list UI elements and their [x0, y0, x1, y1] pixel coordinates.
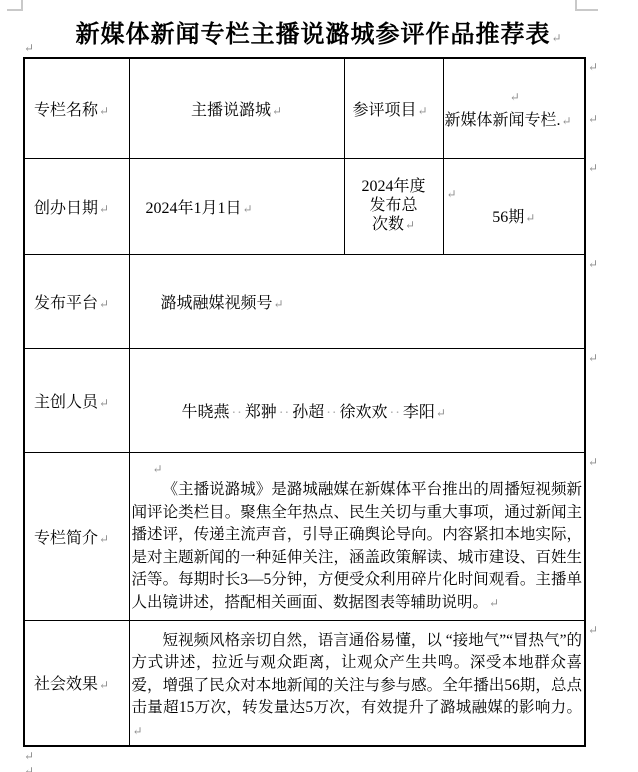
creators-value-cell: 牛晓燕··郑翀··孙超··徐欢欢··李阳↵: [129, 348, 585, 452]
intro-label-cell: 专栏简介↵: [24, 452, 129, 620]
paragraph-mark: ↵: [404, 218, 415, 232]
annual-total-label-cell: 2024年度 发布总 次数↵: [344, 158, 443, 254]
crop-mark-top-left-icon: [7, 0, 23, 11]
table-row: 创办日期↵ 2024年1月1日↵ 2024年度 发布总 次数↵ ↵ 56期↵: [24, 158, 585, 254]
table-row: 发布平台↵ 潞城融媒视频号↵: [24, 254, 585, 348]
effect-label: 社会效果: [34, 676, 98, 693]
intro-text-cell: ↵ 《主播说潞城》是潞城融媒在新媒体平台推出的周播短视频新闻评论类栏目。聚焦全年…: [129, 452, 585, 620]
platform-value-cell: 潞城融媒视频号↵: [129, 254, 585, 348]
platform-label: 发布平台: [34, 295, 98, 312]
paragraph-mark: ↵: [98, 396, 109, 410]
paragraph-mark: ↵: [524, 211, 535, 225]
paragraph-mark: ↵: [588, 455, 598, 470]
annual-total-value-cell: ↵ 56期↵: [443, 158, 585, 254]
annual-total-label-line1: 2024年度: [347, 177, 441, 196]
paragraph-mark: ↵: [417, 104, 428, 118]
creator-name: 牛晓燕: [182, 404, 230, 421]
column-name-value-cell: 主播说潞城↵: [129, 58, 344, 158]
platform-value: 潞城融媒视频号: [161, 295, 273, 312]
effect-label-cell: 社会效果↵: [24, 620, 129, 746]
entry-item-label-cell: 参评项目↵: [344, 58, 443, 158]
entry-item-value-cell: ↵ 新媒体新闻专栏.↵: [443, 58, 585, 158]
table-row: 专栏名称↵ 主播说潞城↵ 参评项目↵ ↵ 新媒体新闻专栏.↵: [24, 58, 585, 158]
intro-label: 专栏简介: [34, 530, 98, 547]
paragraph-mark: ↵: [271, 104, 282, 118]
recommendation-form-table: 专栏名称↵ 主播说潞城↵ 参评项目↵ ↵ 新媒体新闻专栏.↵ 创办日期↵ 202…: [23, 57, 586, 747]
table-row: 主创人员↵ 牛晓燕··郑翀··孙超··徐欢欢··李阳↵: [24, 348, 585, 452]
column-name-label-cell: 专栏名称↵: [24, 58, 129, 158]
column-name-value: 主播说潞城: [191, 102, 271, 119]
creator-name: 孙超: [292, 404, 324, 421]
paragraph-mark: ↵: [98, 532, 109, 546]
word-document-page: { "title": { "text": "新媒体新闻专栏主播说潞城参评作品推荐…: [0, 0, 638, 772]
paragraph-mark: ↵: [588, 161, 598, 176]
annual-total-label-line2: 发布总: [347, 196, 441, 215]
page-title-text: 新媒体新闻专栏主播说潞城参评作品推荐表: [75, 22, 550, 48]
column-name-label: 专栏名称: [34, 102, 98, 119]
creators-label-cell: 主创人员↵: [24, 348, 129, 452]
paragraph-mark: ↵: [132, 724, 143, 738]
paragraph-mark: ↵: [446, 187, 457, 201]
founding-date-label-cell: 创办日期↵: [24, 158, 129, 254]
paragraph-mark: ↵: [24, 749, 34, 764]
entry-item-label: 参评项目: [353, 102, 417, 119]
paragraph-mark: ↵: [588, 351, 598, 366]
paragraph-mark: ↵: [488, 596, 499, 610]
paragraph-mark: ↵: [152, 462, 163, 476]
platform-label-cell: 发布平台↵: [24, 254, 129, 348]
paragraph-mark: ↵: [561, 114, 572, 128]
paragraph-mark: ↵: [435, 406, 446, 420]
crop-mark-top-right-icon: [575, 0, 598, 11]
creator-name: 李阳: [403, 404, 435, 421]
paragraph-mark: ↵: [588, 623, 598, 638]
annual-total-label-line3: 次数: [372, 216, 404, 233]
paragraph-mark: ↵: [273, 297, 284, 311]
table-row: 专栏简介↵ ↵ 《主播说潞城》是潞城融媒在新媒体平台推出的周播短视频新闻评论类栏…: [24, 452, 585, 620]
entry-item-value: 新媒体新闻专栏.: [445, 112, 561, 129]
paragraph-mark: ↵: [550, 31, 562, 45]
paragraph-mark: ↵: [98, 297, 109, 311]
founding-date-value-cell: 2024年1月1日↵: [129, 158, 344, 254]
paragraph-mark: ↵: [98, 678, 109, 692]
creators-label: 主创人员: [34, 394, 98, 411]
intro-text: 《主播说潞城》是潞城融媒在新媒体平台推出的周播短视频新闻评论类栏目。聚焦全年热点…: [132, 481, 583, 611]
space-mark: ··: [230, 406, 245, 421]
effect-text: 短视频风格亲切自然，语言通俗易懂，以 “接地气”“冒热气”的方式讲述，拉近与观众…: [132, 632, 583, 717]
space-mark: ··: [388, 406, 403, 421]
effect-text-cell: 短视频风格亲切自然，语言通俗易懂，以 “接地气”“冒热气”的方式讲述，拉近与观众…: [129, 620, 585, 746]
paragraph-mark: ↵: [242, 202, 253, 216]
paragraph-mark: ↵: [509, 90, 520, 104]
paragraph-mark: ↵: [588, 112, 598, 127]
paragraph-mark: ↵: [24, 41, 34, 56]
paragraph-mark: ↵: [588, 257, 598, 272]
creator-name: 徐欢欢: [340, 404, 388, 421]
paragraph-mark: ↵: [98, 104, 109, 118]
founding-date-label: 创办日期: [34, 200, 98, 217]
table-row: 社会效果↵ 短视频风格亲切自然，语言通俗易懂，以 “接地气”“冒热气”的方式讲述…: [24, 620, 585, 746]
paragraph-mark: ↵: [24, 764, 34, 772]
annual-total-value: 56期: [492, 209, 524, 226]
paragraph-mark: ↵: [98, 202, 109, 216]
creator-name: 郑翀: [245, 404, 277, 421]
founding-date-value: 2024年1月1日: [146, 200, 242, 217]
page-title: 新媒体新闻专栏主播说潞城参评作品推荐表↵: [0, 14, 638, 49]
space-mark: ··: [324, 406, 339, 421]
space-mark: ··: [277, 406, 292, 421]
paragraph-mark: ↵: [588, 60, 598, 75]
